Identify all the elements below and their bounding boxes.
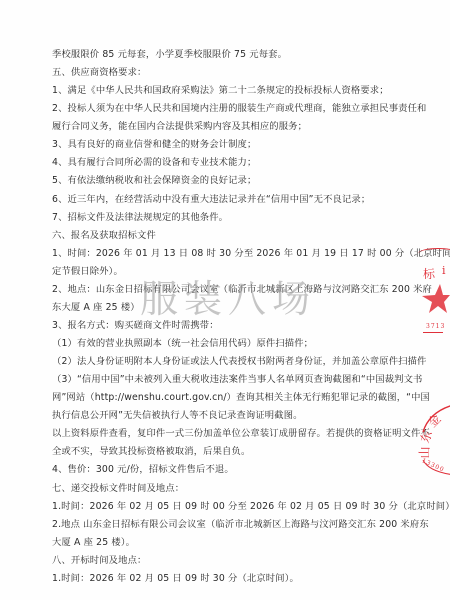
section-heading: 七、递交投标文件时间及地点： — [52, 480, 392, 498]
section-heading: 五、供应商资格要求： — [52, 64, 392, 82]
document-body: 季校服限价 85 元每套，小学夏季校服限价 75 元每套。 五、供应商资格要求：… — [52, 46, 392, 588]
seal-code: 3713 — [426, 323, 445, 330]
text-line: 7、招标文件及法律法规规定的其他条件。 — [52, 209, 392, 227]
text-line: 1、满足《中华人民共和国政府采购法》第二十二条规定的投标投标人资格要求； — [52, 82, 392, 100]
text-line: 履行合同义务，能在国内合法提供采购内容及其相应的服务； — [52, 118, 392, 136]
text-line: 2、投标人须为在中华人民共和国境内注册的服装生产商或代理商，能独立承担民事责任和 — [52, 100, 392, 118]
text-line: 定节假日除外）。 — [52, 263, 392, 281]
text-line: 东大厦 A 座 25 楼） — [52, 299, 392, 317]
text-line: 2、地点：山东金日招标有限公司会议室（临沂市北城新区上海路与汶河路交汇东 200… — [52, 281, 392, 299]
text-line: （3）“信用中国”中未被列入重大税收违法案件当事人名单网页查询截图和“中国裁判文… — [52, 371, 392, 389]
seal-char: 标 — [423, 265, 435, 282]
star-icon — [418, 284, 450, 314]
text-line: 1、时间：2026 年 01 月 13 日 08 时 30 分至 2026 年 … — [52, 245, 392, 263]
text-line: 网”网站（http://wenshu.court.gov.cn/）查询其相关主体… — [52, 389, 392, 407]
seal-underline — [423, 332, 443, 335]
text-line: 3、具有良好的商业信誉和健全的财务会计制度； — [52, 136, 392, 154]
text-line: （2）法人身份证明附本人身份证或法人代表授权书附两者身份证，并加盖公章原件扫描件 — [52, 353, 392, 371]
text-line: 4、售价：300 元/份，招标文件售后不退。 — [52, 461, 392, 479]
text-line: 5、有依法缴纳税收和社会保障资金的良好记录； — [52, 172, 392, 190]
seal-arc — [418, 248, 450, 259]
text-line: 2.地点 山东金日招标有限公司会议室（临沂市北城新区上海路与汶河路交汇东 200… — [52, 516, 392, 534]
text-line: 季校服限价 85 元每套，小学夏季校服限价 75 元每套。 — [52, 46, 392, 64]
section-heading: 六、报名及获取招标文件 — [52, 227, 392, 245]
text-line: 大厦 A 座 25 楼）。 — [52, 534, 392, 552]
text-line: 6、近三年内，在经营活动中没有重大违法记录并在“信用中国”无不良记录； — [52, 191, 392, 209]
text-line: 1.时间：2026 年 02 月 05 日 09 时 30 分（北京时间）。 — [52, 570, 392, 588]
text-line: 以上资料原件查看，复印件一式三份加盖单位公章装订成册留存。若提供的资格证明文件不 — [52, 425, 392, 443]
text-line: （1）有效的营业执照副本（统一社会信用代码）原件扫描件； — [52, 335, 392, 353]
text-line: 4、具有履行合同所必需的设备和专业技术能力； — [52, 154, 392, 172]
text-line: 全或不实，导致其投标资格被取消，后果自负。 — [52, 443, 392, 461]
document-page: 季校服限价 85 元每套，小学夏季校服限价 75 元每套。 五、供应商资格要求：… — [0, 0, 450, 600]
seal-char-partial: i — [442, 264, 446, 277]
text-line: 执行信息公开网”无失信被执行人等不良记录查询证明截图。 — [52, 407, 392, 425]
section-heading: 八、开标时间及地点： — [52, 552, 392, 570]
text-line: 1.时间：2026 年 02 月 05 日 09 时 00 分至 2026 年 … — [52, 498, 392, 516]
text-line: 3、报名方式：购买磋商文件时需携带： — [52, 317, 392, 335]
